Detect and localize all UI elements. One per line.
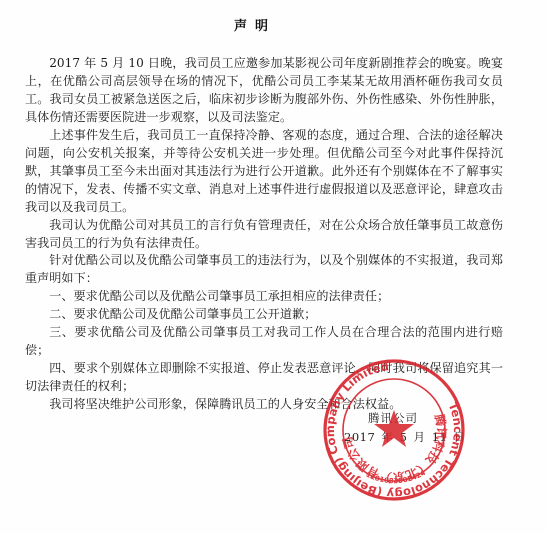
- paragraph-closing: 我司将坚决维护公司形象，保障腾讯员工的人身安全和合法权益。: [25, 396, 503, 414]
- document-body: 2017 年 5 月 10 日晚，我司员工应邀参加某影视公司年度新剧推荐会的晚宴…: [25, 55, 503, 414]
- stamp-number: 1101083002424: [364, 469, 427, 486]
- signature-date: 2017 年 5 月 11 日: [344, 429, 466, 445]
- paragraph-aftermath: 上述事件发生后，我司员工一直保持冷静、客观的态度，通过合理、合法的途径解决问题，…: [25, 127, 503, 217]
- demand-item-4: 四、要求个别媒体立即删除不实报道、停止发表恶意评论，同时我司将保留追究其一切法律…: [25, 360, 503, 396]
- demand-item-2: 二、要求优酷公司及优酷公司肇事员工公开道歉；: [25, 306, 503, 324]
- signature-company: 腾讯公司: [368, 410, 418, 426]
- statement-document: 声明 2017 年 5 月 10 日晚，我司员工应邀参加某影视公司年度新剧推荐会…: [0, 0, 546, 534]
- demand-item-1: 一、要求优酷公司以及优酷公司肇事员工承担相应的法律责任；: [25, 288, 503, 306]
- document-title: 声明: [0, 15, 510, 34]
- paragraph-declaration-intro: 针对优酷公司以及优酷公司肇事员工的违法行为，以及个别媒体的不实报道，我司郑重声明…: [25, 252, 503, 288]
- paragraph-responsibility: 我司认为优酷公司对其员工的言行负有管理责任，对在公众场合放任肇事员工故意伤害我司…: [25, 217, 503, 253]
- paragraph-incident: 2017 年 5 月 10 日晚，我司员工应邀参加某影视公司年度新剧推荐会的晚宴…: [25, 55, 503, 127]
- demand-item-3: 三、要求优酷公司及优酷公司肇事员工对我司工作人员在合理合法的范围内进行赔偿；: [25, 324, 503, 360]
